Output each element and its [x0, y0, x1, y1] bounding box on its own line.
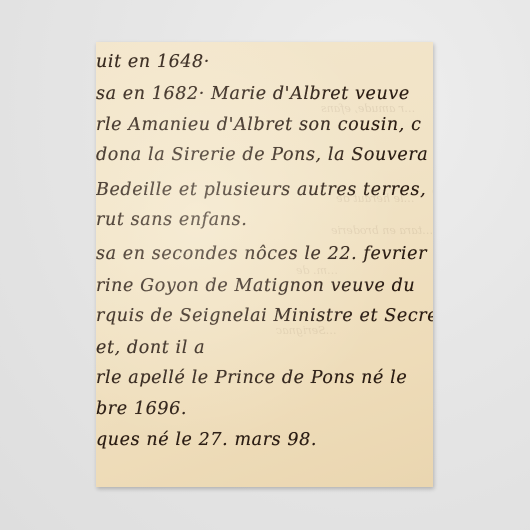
- manuscript-line-13: ques né le 27. mars 98.: [96, 430, 317, 450]
- manuscript-postcard: …r amude, efans …le heraut de …tara en b…: [96, 42, 433, 487]
- manuscript-line-4: dona la Sirerie de Pons, la Souvera: [96, 145, 428, 165]
- manuscript-line-2: sa en 1682· Marie d'Albret veuve: [96, 84, 410, 104]
- manuscript-line-3: rle Amanieu d'Albret son cousin, c: [96, 115, 422, 135]
- manuscript-line-1: uit en 1648·: [96, 52, 210, 72]
- manuscript-line-9: rquis de Seignelai Ministre et Secre: [96, 306, 433, 326]
- manuscript-line-11: rle apellé le Prince de Pons né le: [96, 368, 407, 388]
- manuscript-line-10: et, dont il a: [96, 338, 205, 358]
- manuscript-line-6: rut sans enfans.: [96, 210, 247, 230]
- bleed-through-text: …tara en broderie: [331, 224, 433, 237]
- manuscript-line-12: bre 1696.: [96, 399, 187, 419]
- manuscript-line-5: Bedeille et plusieurs autres terres, e: [96, 180, 433, 200]
- manuscript-line-8: rine Goyon de Matignon veuve du: [96, 276, 415, 296]
- manuscript-line-7: sa en secondes nôces le 22. fevrier 16: [96, 244, 433, 264]
